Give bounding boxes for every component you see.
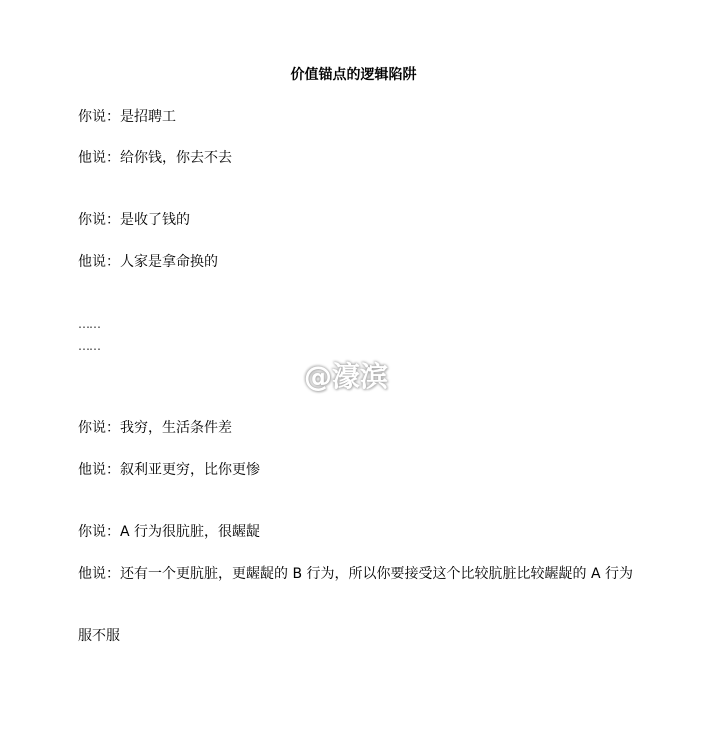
dialogue-text: 是招聘工 [120, 109, 176, 125]
dialogue-text: 我穷，生活条件差 [120, 420, 232, 436]
speaker-label: 他说： [78, 150, 120, 166]
dialogue-text: 给你钱，你去不去 [120, 150, 232, 166]
dialogue-text: 还有一个更肮脏，更龌龊的 B 行为，所以你要接受这个比较肮脏比较龌龊的 A 行为 [120, 566, 633, 582]
dialogue-line: 他说：给你钱，你去不去 [78, 149, 232, 167]
dialogue-line: 他说：叙利亚更穷，比你更惨 [78, 461, 260, 479]
dialogue-line: 你说：是招聘工 [78, 108, 176, 126]
watermark: @濠滨 [304, 360, 388, 394]
speaker-label: 你说： [78, 109, 120, 125]
speaker-label: 他说： [78, 566, 120, 582]
speaker-label: 他说： [78, 462, 120, 478]
dialogue-text: 叙利亚更穷，比你更惨 [120, 462, 260, 478]
dialogue-line: 他说：人家是拿命换的 [78, 253, 218, 271]
speaker-label: 你说： [78, 212, 120, 228]
dialogue-line: 他说：还有一个更肮脏，更龌龊的 B 行为，所以你要接受这个比较肮脏比较龌龊的 A… [78, 565, 633, 583]
speaker-label: 你说： [78, 420, 120, 436]
dialogue-text: 是收了钱的 [120, 212, 190, 228]
closing-line: 服不服 [78, 627, 120, 645]
speaker-label: 他说： [78, 254, 120, 270]
dialogue-line: 你说：是收了钱的 [78, 211, 190, 229]
dialogue-text: 人家是拿命换的 [120, 254, 218, 270]
document-title: 价值锚点的逻辑陷阱 [0, 66, 707, 84]
dialogue-line: 你说：A 行为很肮脏，很龌龊 [78, 523, 260, 541]
ellipsis: …… [78, 318, 100, 330]
dialogue-line: 你说：我穷，生活条件差 [78, 419, 232, 437]
dialogue-text: A 行为很肮脏，很龌龊 [120, 524, 260, 540]
speaker-label: 你说： [78, 524, 120, 540]
ellipsis: …… [78, 340, 100, 352]
